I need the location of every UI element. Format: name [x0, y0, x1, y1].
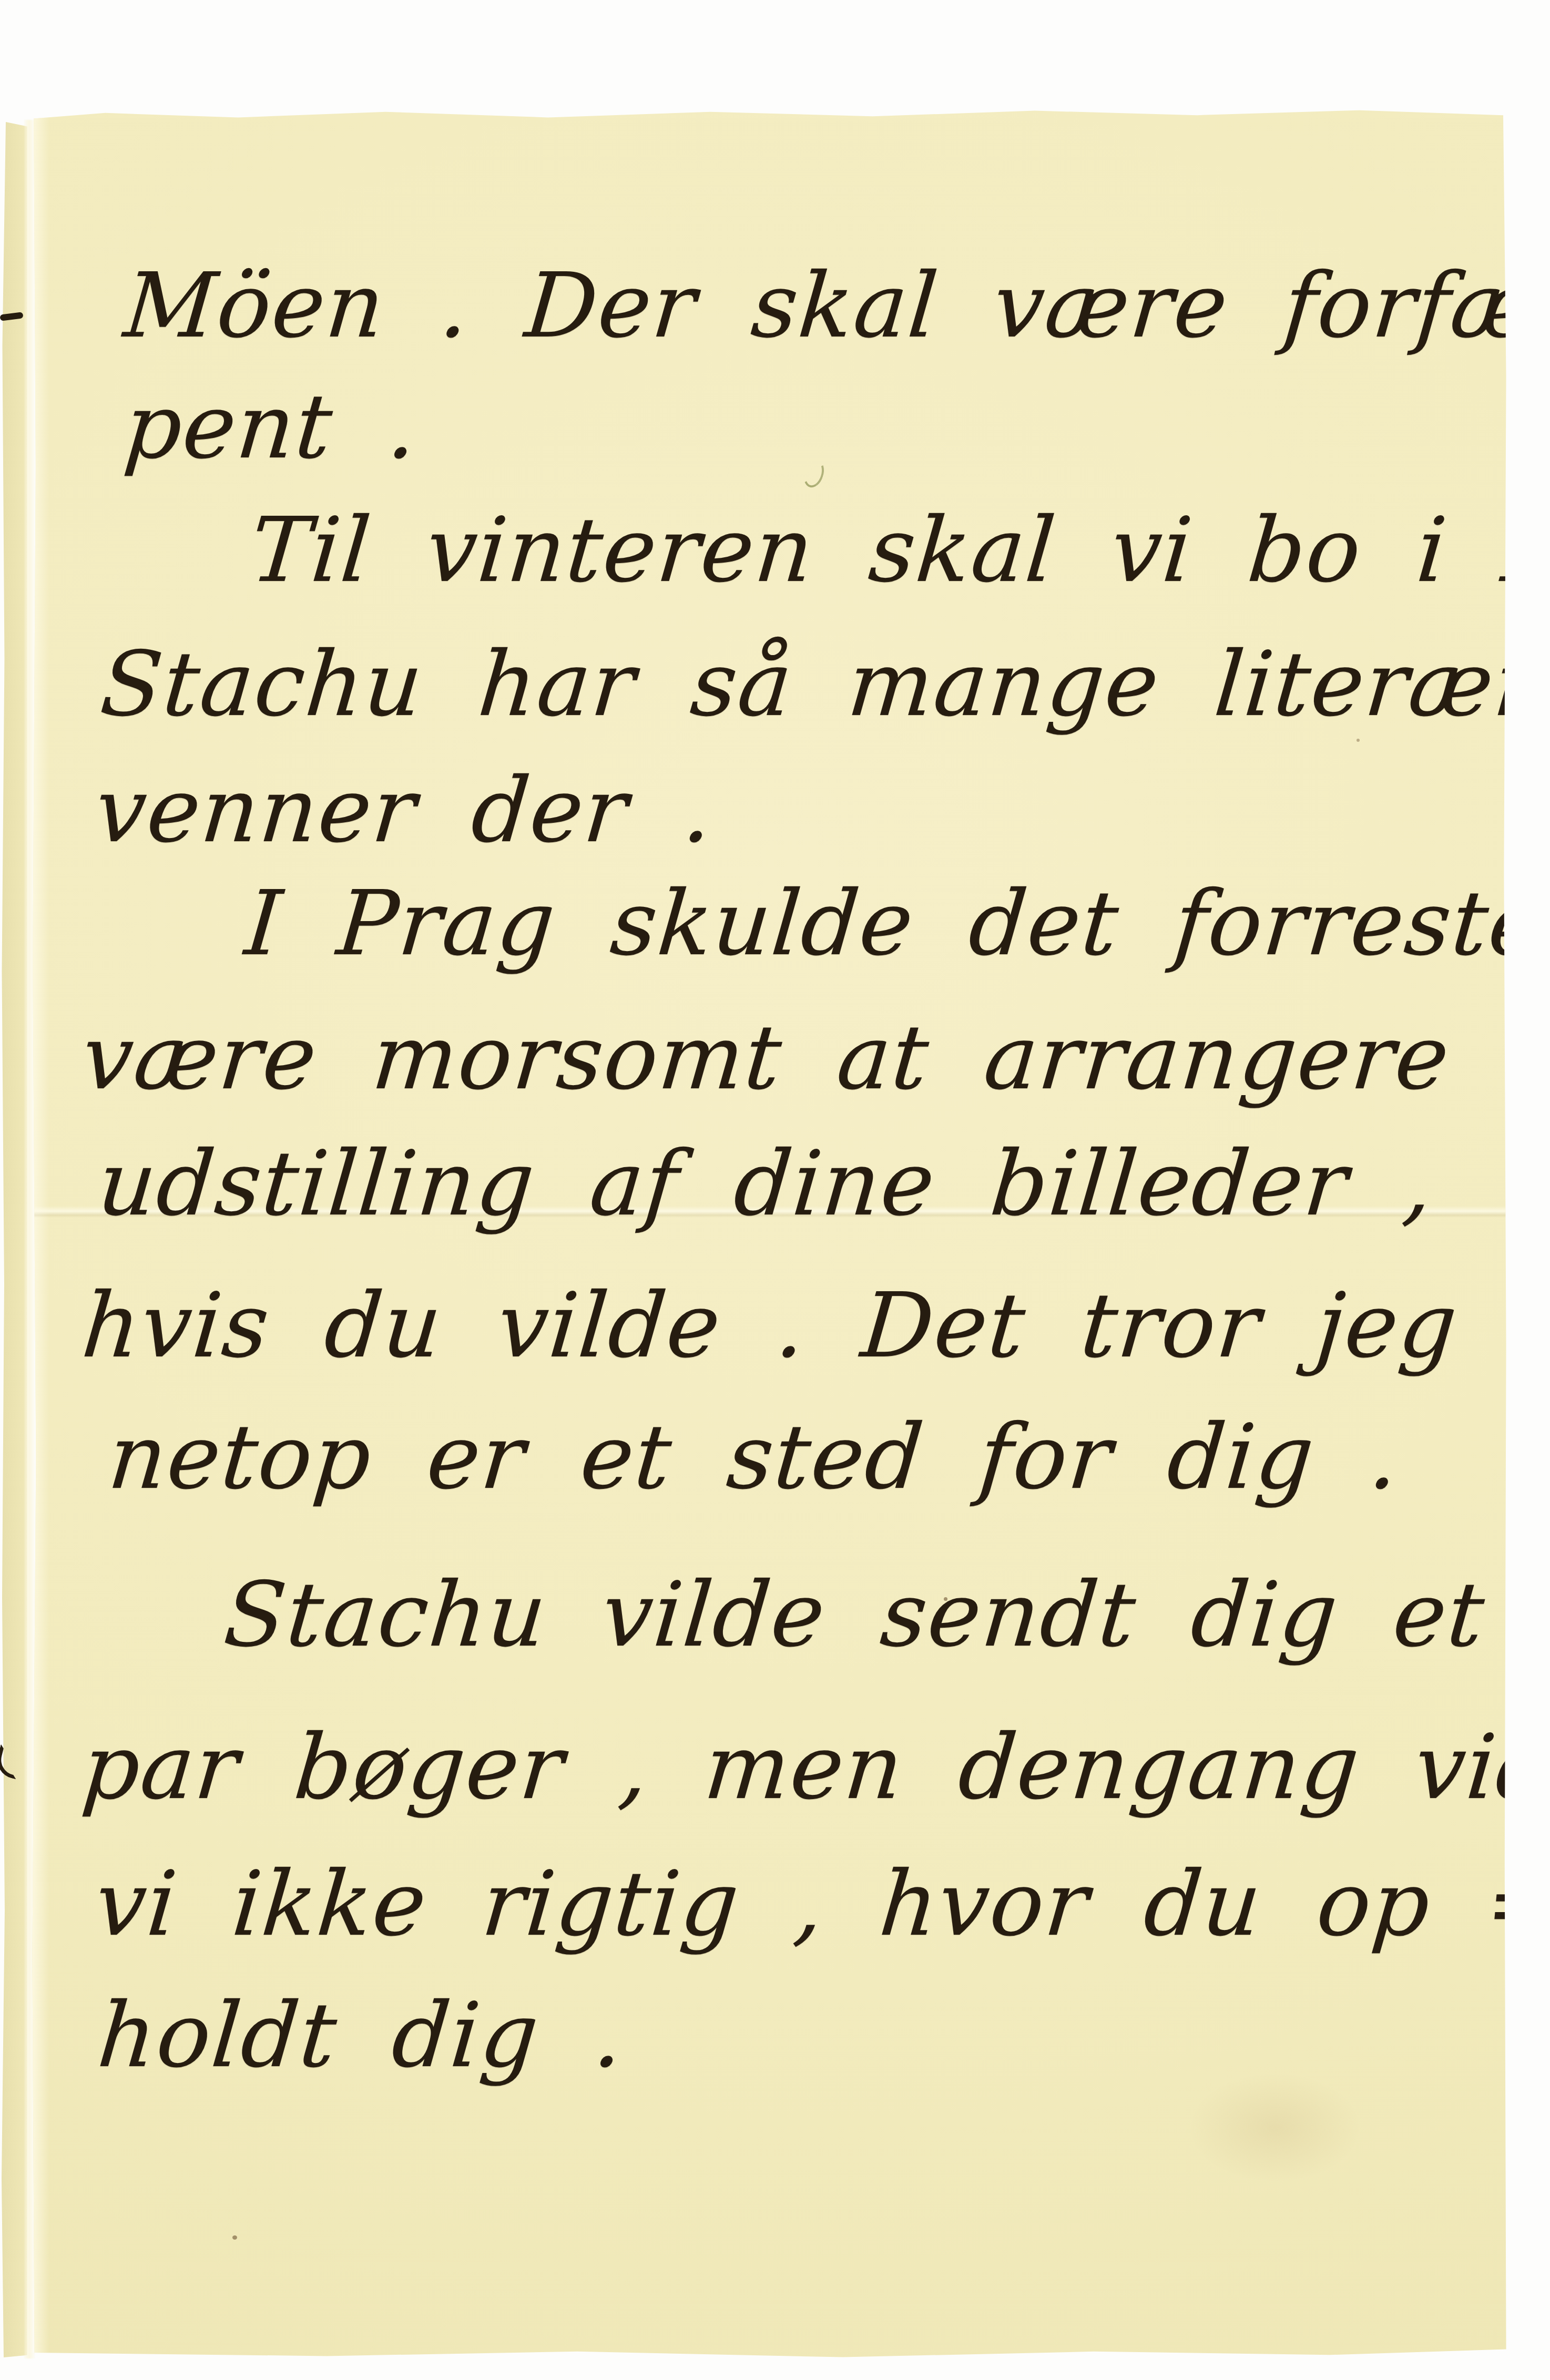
- handwritten-line-3: Til vinteren skal vi bo i Prag,: [247, 506, 1550, 595]
- handwritten-line-11: Stachu vilde sendt dig et: [221, 1570, 1488, 1660]
- paper-stain: [1188, 2072, 1362, 2183]
- paper-speck: [232, 2235, 237, 2240]
- folded-page-edge: [1, 122, 27, 2357]
- handwritten-line-4: Stachu har så mange literære: [97, 640, 1550, 729]
- handwritten-line-2: pent .: [121, 382, 422, 472]
- handwritten-line-1: Möen . Der skal være forfærdelig: [121, 261, 1550, 351]
- handwritten-line-12: par bøger , men dengang vidste: [79, 1723, 1550, 1812]
- handwritten-line-10: netop er et sted for dig .: [105, 1413, 1403, 1502]
- scanned-letter-page: Möen . Der skal være forfærdelig pent . …: [0, 0, 1550, 2380]
- paper-speck: [944, 1597, 947, 1601]
- letter-paper: Möen . Der skal være forfærdelig pent . …: [32, 106, 1507, 2361]
- handwritten-line-5: venner der .: [92, 766, 717, 855]
- handwritten-line-6: I Prag skulde det forresten: [242, 879, 1550, 968]
- handwritten-line-8: udstilling af dine billeder ,: [95, 1139, 1437, 1229]
- handwritten-line-9: hvis du vilde . Det tror jeg: [79, 1281, 1461, 1371]
- handwritten-line-7: være morsomt at arrangere en: [79, 1013, 1550, 1102]
- handwritten-line-14: holdt dig .: [95, 1991, 628, 2080]
- scan-fiber-artifact: [801, 457, 828, 490]
- paper-speck: [1357, 739, 1360, 742]
- handwritten-line-13: vi ikke rigtig , hvor du op =: [92, 1860, 1550, 1949]
